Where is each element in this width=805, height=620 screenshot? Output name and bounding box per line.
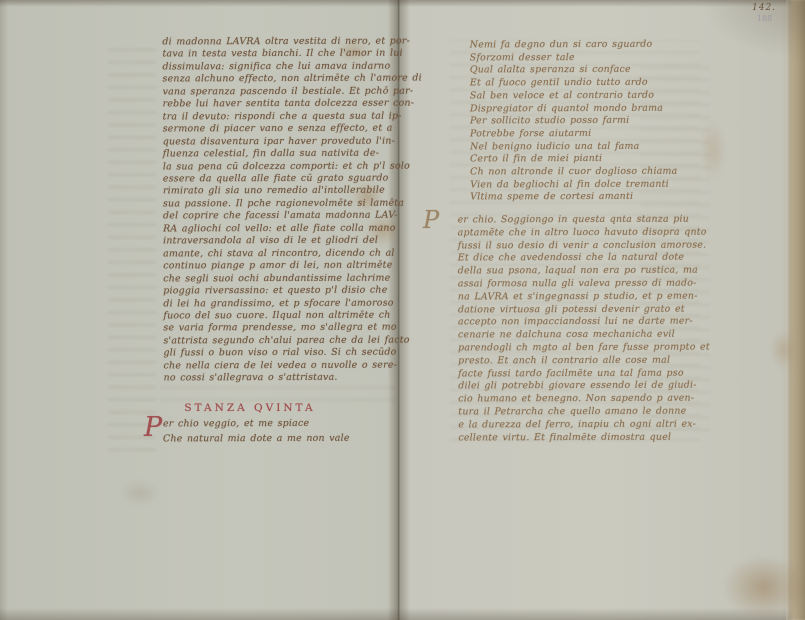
manuscript-line: parendogli ch mgto al ben fare fusse pro…	[458, 342, 698, 356]
manuscript-line: Certo il fin de miei pianti	[470, 153, 700, 167]
manuscript-line: Sal ben veloce et al contrario tardo	[470, 89, 700, 103]
manuscript-line: Qual alalta speranza si conface	[470, 64, 700, 78]
manuscript-line: vana speranza pascendo il bestiale. Et p…	[163, 85, 397, 98]
manuscript-line: Sforzomi desser tale	[470, 51, 700, 65]
manuscript-line: della sua psona, laqual non era po rusti…	[458, 265, 698, 279]
manuscript-line: assai formosa nulla gli valeva presso di…	[458, 278, 698, 292]
manuscript-line: cio humano et benegno. Non sapendo p ave…	[458, 393, 698, 407]
manuscript-line: gli fussi o buon viso o rial viso. Si ch…	[163, 347, 397, 360]
manuscript-line: tra il devuto: rispondi che a questa sua…	[163, 110, 397, 123]
manuscript-line: RA agliochi col vello: et alle fiate col…	[163, 222, 397, 235]
illuminated-initial-p-right: P	[423, 208, 439, 232]
manuscript-line: che nella ciera de lei vedea o nuvolle o…	[164, 359, 398, 372]
manuscript-line: se varia forma prendesse, mo s'allegra e…	[163, 322, 397, 335]
manuscript-line: Et al fuoco gentil undio tutto ardo	[470, 77, 700, 91]
page-top-edge	[0, 0, 805, 7]
manuscript-line: Vien da begliochi al fin dolce tremanti	[470, 178, 700, 192]
stain	[120, 480, 160, 506]
manuscript-line: Dispregiator di quantol mondo brama	[470, 102, 700, 116]
bleedthrough-overlay	[108, 40, 156, 460]
page-bottom-edge	[0, 608, 805, 620]
manuscript-line: Che natural mia dote a me non vale	[163, 431, 397, 447]
stain	[700, 120, 726, 180]
folio-number: 142.	[752, 3, 776, 13]
manuscript-line: e la durezza del ferro, inapiu ch ogni a…	[458, 418, 698, 432]
illuminated-initial-p-left: P	[144, 414, 162, 441]
manuscript-line: er chio veggio, et me spiace	[163, 416, 397, 432]
page-fore-edge	[786, 0, 805, 620]
manuscript-line: senza alchuno effecto, non altrimēte ch …	[163, 73, 397, 86]
stain	[724, 556, 804, 618]
manuscript-line: cellente virtu. Et finalmēte dimostra qu…	[458, 431, 698, 445]
manuscript-line: na LAVRA et s'ingegnassi p studio, et p …	[458, 290, 698, 304]
manuscript-line: Ch non altronde il cuor doglioso chiama	[470, 166, 700, 180]
manuscript-line: continuo piange p amor di lei, non altri…	[163, 260, 397, 273]
stanza-rubric: STANZA QVINTA	[150, 402, 350, 414]
manuscript-line: amante, chi stava al rincontro, dicendo …	[163, 247, 397, 260]
page-left-edge	[0, 0, 8, 620]
manuscript-line: accepto non impacciandossi lui ne darte …	[458, 316, 698, 330]
manuscript-line: rimirato gli sia uno remedio al'intoller…	[163, 185, 397, 198]
manuscript-line: Et dice che avedendossi che la natural d…	[458, 252, 698, 266]
manuscript-line: Potrebbe forse aiutarmi	[470, 128, 700, 142]
manuscript-line: Nemi fa degno dun si caro sguardo	[470, 39, 700, 53]
manuscript-line: intraversandola al viso di le et gliodri…	[163, 235, 397, 248]
right-commentary-block: er chio. Soggiongo in questa qnta stanza…	[458, 214, 699, 445]
right-verse-block: Nemi fa degno dun si caro sguardoSforzom…	[470, 39, 701, 205]
manuscript-line: tava in testa vesta bianchi. Il che l'am…	[162, 48, 396, 61]
manuscript-line: cenarie ne dalchuna cosa mechanicha evil	[458, 329, 698, 343]
manuscript-line: che segli suoi ochi abundantissime lachr…	[163, 272, 397, 285]
manuscript-line: tura il Petrarcha che quello amano le do…	[458, 406, 698, 420]
manuscript-line: questa disaventura ipar haver proveduto …	[163, 135, 397, 148]
manuscript-line: no cossi s'allegrava o s'attristava.	[164, 372, 398, 385]
manuscript-line: presto. Et anch il contrario alle cose m…	[458, 354, 698, 368]
manuscript-line: la sua pena cū dolcezza comporti: et ch …	[163, 160, 397, 173]
manuscript-line: Vltima speme de cortesi amanti	[470, 191, 700, 205]
manuscript-line: rebbe lui haver sentita tanta dolcezza e…	[163, 98, 397, 111]
manuscript-line: dilei gli potrebbi giovare essendo lei d…	[458, 380, 698, 394]
manuscript-line: Per sollicito studio posso farmi	[470, 115, 700, 129]
pencil-number: 188	[757, 14, 772, 23]
left-commentary-block: di madonna LAVRA oltra vestita di nero, …	[162, 36, 397, 386]
manuscript-line: del coprire che facessi l'amata madonna …	[163, 210, 397, 223]
manuscript-line: di lei ha grandissimo, et p sfocare l'am…	[163, 297, 397, 310]
manuscript-spread: di madonna LAVRA oltra vestita di nero, …	[0, 0, 805, 620]
manuscript-line: pioggia riversassino: et questo p'l disi…	[163, 285, 397, 298]
manuscript-line: aptamēte che in altro luoco havuto disop…	[458, 226, 698, 240]
stain	[770, 330, 796, 370]
manuscript-line: Nel benigno iudicio una tal fama	[470, 140, 700, 154]
left-verse-block: er chio veggio, et me spiaceChe natural …	[163, 416, 397, 447]
manuscript-line: sermone di piacer vano e senza effecto, …	[163, 123, 397, 136]
manuscript-line: er chio. Soggiongo in questa qnta stanza…	[458, 214, 698, 228]
manuscript-line: fluenza celestial, fin dalla sua nativit…	[163, 148, 397, 161]
